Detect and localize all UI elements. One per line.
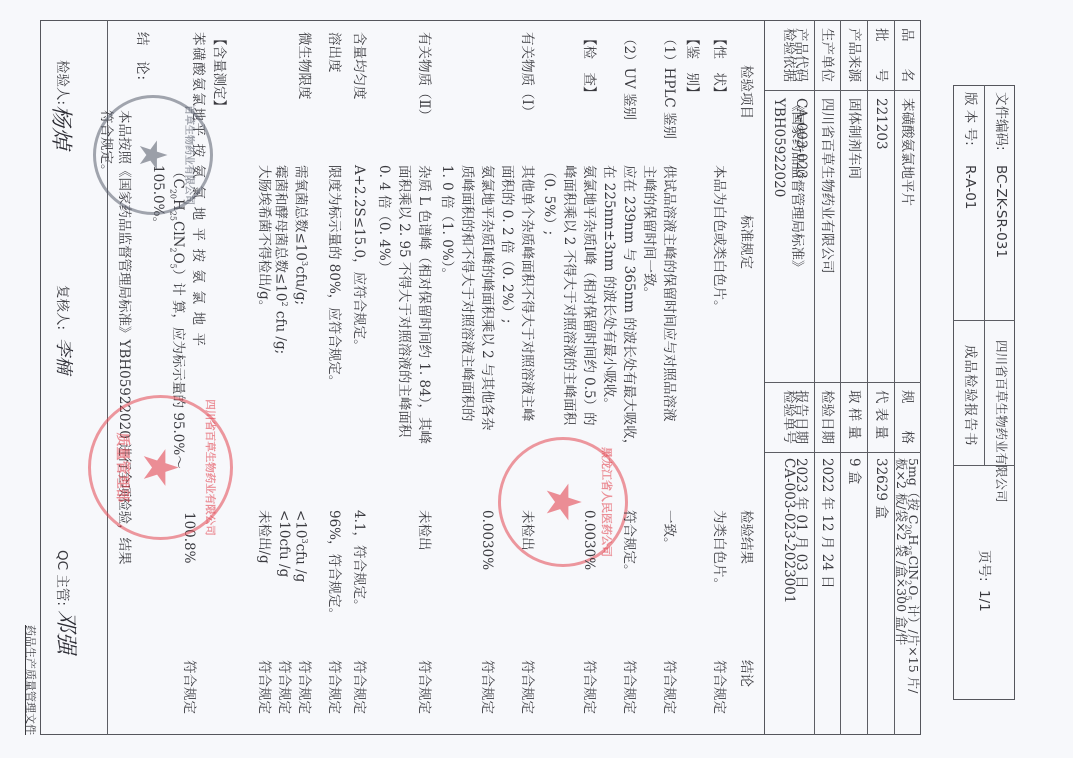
star-icon: ★ (131, 138, 175, 172)
test-item: 【检 查】 (580, 32, 598, 100)
doc-code: BC-ZK-SR-031 (992, 165, 1010, 258)
test-item: 【鉴 别】 (683, 32, 701, 100)
qc-supervisor-signature: 邓强 (52, 610, 83, 654)
test-conclusion: 符合规定 (325, 660, 343, 714)
test-item: 有关物质（Ⅱ） (415, 32, 433, 122)
doc-code-label: 文件编码: (992, 92, 1010, 151)
test-standard-line: 供试品溶液主峰的保留时间应与对照品溶液 (660, 165, 678, 422)
col-header-standard: 标准规定 (737, 215, 755, 269)
test-standard-line: 主峰的保留时间一致。 (640, 165, 658, 300)
inspector-signature: 杨焯 (47, 105, 78, 149)
test-item: （2）UV 鉴别 (620, 32, 638, 120)
test-standard-line: 峰面积乘以 2 不得大于对照溶液的主峰面积 (560, 165, 578, 425)
test-conclusion: 符合规定 (478, 660, 496, 714)
product-name-label: 品 名 (898, 28, 916, 82)
test-standard-line: （0. 5%）; (540, 165, 558, 235)
basis-label: 检验依据 (780, 28, 798, 82)
source-label: 产品来源 (845, 28, 863, 82)
test-result: 未检出 (415, 510, 433, 551)
spec-line-2: 板×2 板/袋×2 袋 /盒×300 盒/件 (895, 458, 908, 645)
report-no-label: 检验单号 (780, 390, 798, 444)
col-header-result: 检验结果 (737, 510, 755, 564)
col-header-conclusion: 结论 (737, 660, 755, 687)
source: 固体制剂车间 (845, 98, 863, 179)
test-result: 符合规定。 (620, 510, 638, 578)
test-result: 未检出/g (255, 510, 273, 564)
test-standard-line: 限度为标示量的 80%，应符合规定。 (325, 165, 343, 388)
test-conclusion: 符合规定 (620, 660, 638, 714)
test-conclusion: 符合规定 (580, 660, 598, 714)
inspection-report-page: 文件编码: BC-ZK-SR-031 版 本 号: R-A-01 四川省百草生物… (0, 0, 1073, 758)
test-result: 0.0030% (478, 510, 496, 570)
test-standard-line: 应在 239nm 与 365nm 的波长处有最大吸收， (620, 165, 638, 452)
test-standard-line: 质峰面积的和不得大于对照溶液主峰面积的 (458, 165, 476, 422)
test-standard-line: 0. 4 倍（0. 4%） (375, 165, 393, 274)
test-result: <10cfu /g (275, 510, 293, 577)
manufacturer-label: 生产单位 (818, 28, 836, 82)
basis-line-2: YBH05922020 (770, 98, 788, 197)
footer-note: 药品生产质量管理文件 (21, 625, 39, 735)
sample-amount: 9 盒 (845, 458, 863, 484)
company-name: 四川省百草生物药业有限公司 (992, 340, 1010, 503)
test-standard-line: 杂质 L 色谱峰（相对保留时间约 1. 84），其峰 (415, 165, 433, 444)
spec-label: 规 格 (898, 390, 916, 444)
test-result: 未检出 (518, 510, 536, 551)
batch-number: 221203 (872, 98, 890, 150)
reviewer-label: 复核人: (53, 285, 71, 330)
qc-supervisor-label: QC 主管: (53, 550, 71, 606)
test-standard-line: 需氧菌总数≤103cfu/g; (292, 165, 314, 305)
batch-label: 批 号 (872, 28, 890, 82)
test-conclusion: 符合规定 (710, 660, 728, 714)
test-standard-line: 霉菌和酵母菌总数≤102 cfu /g; (272, 165, 294, 354)
test-item: 溶出度 (325, 32, 343, 73)
quantity: 32629 盒 (872, 458, 890, 519)
test-result: 0.0030% (580, 510, 598, 570)
test-item: 含量均匀度 (350, 32, 368, 100)
test-conclusion: 符合规定 (660, 660, 678, 714)
test-conclusion: 符合规定 (255, 660, 273, 714)
test-date: 2022 年 12 月 24 日 (818, 458, 836, 589)
inspector-label: 检验人: (53, 60, 71, 105)
basis-line-1: 《国家药品监督管理局标准》 (788, 98, 806, 274)
test-result: 96%，符合规定。 (325, 510, 343, 621)
assay-heading: 【含量测定】 (210, 32, 228, 113)
conclusion-label: 结 论: (133, 32, 151, 81)
version: R-A-01 (961, 165, 979, 209)
col-header-item: 检验项目 (737, 65, 755, 119)
blue-company-stamp: ★ 百草生物药业有限公司 (93, 95, 213, 215)
test-result: 为类白色片。 (710, 510, 728, 591)
test-result: 一致。 (660, 510, 678, 551)
test-conclusion: 符合规定 (415, 660, 433, 714)
reviewer-signature: 李楠 (52, 338, 78, 374)
test-standard-line: 面积乘以 2. 95 不得大于对照溶液的主峰面积 (395, 165, 413, 437)
test-standard-line: 1. 0 倍（1. 0%）。 (438, 165, 456, 281)
test-standard-line: 氨氯地平杂质Ⅰ峰（相对保留时间约 0.5）的 (580, 165, 598, 426)
version-label: 版 本 号: (961, 92, 979, 146)
report-title: 成品检验报告书 (961, 345, 979, 447)
test-standard-line: 氨氯地平杂质Ⅰ峰的峰面积乘以 2 与其他各杂 (478, 165, 496, 431)
test-standard-line: 大肠埃希菌不得检出/g。 (255, 165, 273, 313)
test-conclusion: 符合规定 (518, 660, 536, 714)
test-conclusion: 符合规定 (275, 660, 293, 714)
product-name: 苯磺酸氨氯地平片 (898, 98, 916, 206)
test-result: <103cfu /g (292, 510, 314, 582)
test-item: 【性 状】 (710, 32, 728, 100)
test-standard-line: 在 225nm±3nm 的波长处有最小吸收。 (600, 165, 618, 411)
test-standard-line: 其他单个杂质峰面积不得大于对照溶液主峰 (518, 165, 536, 422)
manufacturer: 四川省百草生物药业有限公司 (818, 98, 836, 274)
page-label: 页号: (975, 550, 993, 582)
report-no: CA-003-023-2023001 (780, 458, 798, 603)
test-date-label: 检验日期 (818, 390, 836, 444)
test-standard-line: 面积的 0. 2 倍（0. 2%）; (498, 165, 516, 323)
quantity-label: 代 表 量 (872, 390, 890, 439)
test-standard-line: 本品为白色或类白色片。 (710, 165, 728, 314)
test-result: 4.1，符合规定。 (350, 510, 368, 612)
assay-conclusion: 符合规定 (180, 660, 198, 714)
page-number: 1/1 (975, 590, 993, 612)
red-quality-stamp: ★ 四川省百草生物药业有限公司 质量管理部 (88, 395, 233, 540)
test-item: 有关物质（Ⅰ） (518, 32, 536, 118)
sample-label: 取 样 量 (845, 390, 863, 439)
test-conclusion: 符合规定 (350, 660, 368, 714)
test-conclusion: 符合规定 (295, 660, 313, 714)
test-item: 微生物限度 (295, 32, 313, 100)
test-standard-line: A+2.2S≤15.0，应符合规定。 (350, 165, 368, 353)
star-icon: ★ (133, 446, 189, 489)
test-item: （1）HPLC 鉴别 (660, 32, 678, 139)
